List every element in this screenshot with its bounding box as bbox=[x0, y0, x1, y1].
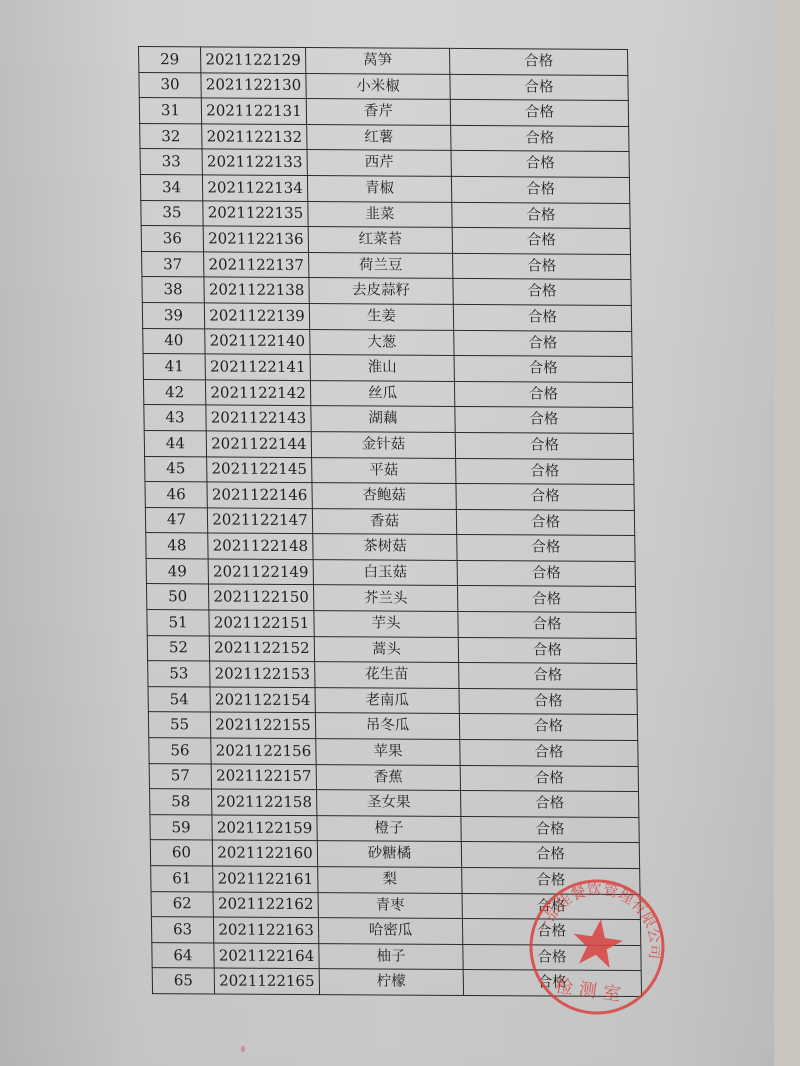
row-number: 32 bbox=[140, 123, 202, 149]
test-result: 合格 bbox=[456, 484, 634, 511]
row-number: 33 bbox=[140, 149, 202, 175]
table-row: 412021122141淮山合格 bbox=[143, 354, 632, 383]
sample-id: 2021122146 bbox=[207, 482, 312, 508]
table-row: 522021122152蒿头合格 bbox=[147, 635, 636, 664]
sample-name: 去皮蒜籽 bbox=[309, 278, 453, 304]
table-row: 452021122145平菇合格 bbox=[145, 456, 634, 485]
sample-name: 柠檬 bbox=[319, 969, 463, 995]
table-row: 322021122132红薯合格 bbox=[140, 123, 629, 152]
table-row: 312021122131香芹合格 bbox=[139, 98, 628, 127]
row-number: 44 bbox=[144, 430, 206, 456]
row-number: 34 bbox=[140, 174, 202, 200]
row-number: 48 bbox=[146, 533, 208, 559]
table-row: 382021122138去皮蒜籽合格 bbox=[142, 277, 631, 306]
test-result: 合格 bbox=[451, 151, 629, 178]
sample-name: 花生苗 bbox=[315, 662, 459, 688]
row-number: 52 bbox=[147, 635, 209, 661]
test-result: 合格 bbox=[450, 74, 628, 101]
test-result: 合格 bbox=[459, 688, 637, 715]
test-result: 合格 bbox=[456, 509, 634, 536]
sample-id: 2021122152 bbox=[209, 636, 314, 662]
sample-id: 2021122141 bbox=[205, 354, 310, 380]
test-result: 合格 bbox=[450, 48, 628, 75]
sample-name: 芥兰头 bbox=[313, 585, 457, 611]
table-row: 502021122150芥兰头合格 bbox=[146, 584, 635, 613]
sample-id: 2021122143 bbox=[206, 405, 311, 431]
sample-name: 香菇 bbox=[312, 508, 456, 534]
sample-name: 生姜 bbox=[309, 303, 453, 329]
sample-name: 湖藕 bbox=[311, 406, 455, 432]
test-result: 合格 bbox=[454, 356, 632, 383]
sample-id: 2021122134 bbox=[202, 175, 307, 201]
row-number: 60 bbox=[150, 840, 212, 866]
sample-name: 砂糖橘 bbox=[317, 841, 461, 867]
sample-name: 圣女果 bbox=[317, 790, 461, 816]
test-result: 合格 bbox=[457, 535, 635, 562]
row-number: 59 bbox=[150, 814, 212, 840]
row-number: 39 bbox=[142, 302, 204, 328]
sample-name: 梨 bbox=[318, 867, 462, 893]
sample-name: 蒿头 bbox=[314, 636, 458, 662]
row-number: 58 bbox=[150, 789, 212, 815]
sample-name: 杏鲍菇 bbox=[312, 483, 456, 509]
test-result: 合格 bbox=[461, 791, 639, 818]
table-row: 292021122129莴笋合格 bbox=[139, 47, 628, 76]
sample-id: 2021122164 bbox=[214, 943, 319, 969]
official-seal: 一品佳餐饮管理有限公司 检测室 bbox=[518, 868, 676, 1026]
sample-id: 2021122163 bbox=[213, 917, 318, 943]
test-result: 合格 bbox=[454, 330, 632, 357]
sample-name: 苹果 bbox=[316, 739, 460, 765]
sample-name: 红菜苔 bbox=[308, 227, 452, 253]
sample-id: 2021122135 bbox=[203, 200, 308, 226]
sample-name: 莴笋 bbox=[306, 48, 450, 74]
sample-id: 2021122130 bbox=[201, 72, 306, 98]
row-number: 43 bbox=[144, 405, 206, 431]
sample-name: 淮山 bbox=[310, 355, 454, 381]
row-number: 31 bbox=[139, 98, 201, 124]
sample-id: 2021122157 bbox=[211, 764, 316, 790]
table-row: 342021122134青椒合格 bbox=[140, 174, 629, 203]
table-row: 422021122142丝瓜合格 bbox=[143, 379, 632, 408]
sample-name: 香蕉 bbox=[316, 764, 460, 790]
sample-id: 2021122137 bbox=[204, 252, 309, 278]
sample-id: 2021122151 bbox=[209, 610, 314, 636]
table-row: 552021122155吊冬瓜合格 bbox=[148, 712, 637, 741]
sample-id: 2021122155 bbox=[210, 712, 315, 738]
sample-id: 2021122161 bbox=[213, 866, 318, 892]
table-row: 582021122158圣女果合格 bbox=[150, 789, 639, 818]
row-number: 51 bbox=[147, 610, 209, 636]
test-result: 合格 bbox=[457, 586, 635, 613]
sample-id: 2021122148 bbox=[208, 533, 313, 559]
test-result: 合格 bbox=[459, 714, 637, 741]
table-row: 602021122160砂糖橘合格 bbox=[150, 840, 639, 869]
table-row: 362021122136红菜苔合格 bbox=[141, 226, 630, 255]
row-number: 65 bbox=[152, 968, 214, 994]
row-number: 35 bbox=[141, 200, 203, 226]
row-number: 56 bbox=[149, 738, 211, 764]
sample-name: 芋头 bbox=[314, 611, 458, 637]
row-number: 29 bbox=[139, 47, 201, 73]
row-number: 57 bbox=[149, 763, 211, 789]
sample-name: 橙子 bbox=[317, 815, 461, 841]
sample-name: 吊冬瓜 bbox=[315, 713, 459, 739]
row-number: 42 bbox=[143, 379, 205, 405]
sample-name: 白玉菇 bbox=[313, 559, 457, 585]
sample-id: 2021122133 bbox=[202, 149, 307, 175]
sample-name: 柚子 bbox=[319, 943, 463, 969]
test-result: 合格 bbox=[456, 458, 634, 485]
test-result: 合格 bbox=[455, 407, 633, 434]
row-number: 63 bbox=[151, 917, 213, 943]
row-number: 46 bbox=[145, 482, 207, 508]
sample-id: 2021122160 bbox=[212, 840, 317, 866]
seal-center-text: 检测室 bbox=[554, 976, 628, 1007]
sample-id: 2021122154 bbox=[210, 687, 315, 713]
table-row: 492021122149白玉菇合格 bbox=[146, 558, 635, 587]
test-result: 合格 bbox=[461, 842, 639, 869]
table-row: 532021122153花生苗合格 bbox=[148, 661, 637, 690]
sample-name: 红薯 bbox=[307, 124, 451, 150]
table-body: 292021122129莴笋合格302021122130小米椒合格3120211… bbox=[139, 47, 642, 997]
test-result: 合格 bbox=[455, 432, 633, 459]
test-result: 合格 bbox=[452, 228, 630, 255]
inspection-results-table-wrap: 292021122129莴笋合格302021122130小米椒合格3120211… bbox=[138, 46, 642, 997]
table-row: 332021122133西芹合格 bbox=[140, 149, 629, 178]
test-result: 合格 bbox=[458, 637, 636, 664]
sample-id: 2021122136 bbox=[203, 226, 308, 252]
sample-name: 大葱 bbox=[310, 329, 454, 355]
test-result: 合格 bbox=[457, 560, 635, 587]
table-row: 372021122137荷兰豆合格 bbox=[142, 251, 631, 280]
sample-id: 2021122147 bbox=[207, 508, 312, 534]
ink-speck bbox=[241, 1046, 245, 1052]
table-row: 352021122135韭菜合格 bbox=[141, 200, 630, 229]
row-number: 41 bbox=[143, 354, 205, 380]
sample-name: 平菇 bbox=[312, 457, 456, 483]
sample-name: 荷兰豆 bbox=[309, 252, 453, 278]
test-result: 合格 bbox=[451, 125, 629, 152]
sample-id: 2021122150 bbox=[208, 584, 313, 610]
table-row: 542021122154老南瓜合格 bbox=[148, 686, 637, 715]
row-number: 54 bbox=[148, 686, 210, 712]
sample-id: 2021122131 bbox=[201, 98, 306, 124]
table-row: 462021122146杏鲍菇合格 bbox=[145, 482, 634, 511]
sample-name: 韭菜 bbox=[308, 201, 452, 227]
sample-id: 2021122144 bbox=[206, 431, 311, 457]
sample-name: 茶树菇 bbox=[313, 534, 457, 560]
row-number: 40 bbox=[143, 328, 205, 354]
sample-id: 2021122162 bbox=[213, 892, 318, 918]
table-row: 392021122139生姜合格 bbox=[142, 302, 631, 331]
table-row: 562021122156苹果合格 bbox=[149, 738, 638, 767]
sample-id: 2021122153 bbox=[210, 661, 315, 687]
star-icon bbox=[570, 916, 626, 970]
sample-name: 青椒 bbox=[307, 176, 451, 202]
sample-name: 哈密瓜 bbox=[318, 918, 462, 944]
sample-id: 2021122138 bbox=[204, 277, 309, 303]
sample-id: 2021122139 bbox=[204, 303, 309, 329]
row-number: 64 bbox=[152, 942, 214, 968]
sample-name: 小米椒 bbox=[306, 73, 450, 99]
sample-id: 2021122159 bbox=[212, 815, 317, 841]
table-row: 512021122151芋头合格 bbox=[147, 610, 636, 639]
inspection-results-table: 292021122129莴笋合格302021122130小米椒合格3120211… bbox=[138, 46, 642, 997]
row-number: 45 bbox=[145, 456, 207, 482]
test-result: 合格 bbox=[460, 740, 638, 767]
row-number: 53 bbox=[148, 661, 210, 687]
test-result: 合格 bbox=[458, 612, 636, 639]
table-row: 432021122143湖藕合格 bbox=[144, 405, 633, 434]
table-row: 592021122159橙子合格 bbox=[150, 814, 639, 843]
sample-id: 2021122145 bbox=[207, 456, 312, 482]
sample-name: 老南瓜 bbox=[315, 687, 459, 713]
test-result: 合格 bbox=[459, 663, 637, 690]
row-number: 30 bbox=[139, 72, 201, 98]
row-number: 37 bbox=[142, 251, 204, 277]
sample-name: 青枣 bbox=[318, 892, 462, 918]
sample-id: 2021122165 bbox=[214, 968, 319, 994]
sample-id: 2021122132 bbox=[202, 124, 307, 150]
sample-name: 香芹 bbox=[306, 99, 450, 125]
sample-name: 西芹 bbox=[307, 150, 451, 176]
row-number: 38 bbox=[142, 277, 204, 303]
row-number: 61 bbox=[151, 866, 213, 892]
test-result: 合格 bbox=[452, 202, 630, 229]
table-row: 472021122147香菇合格 bbox=[145, 507, 634, 536]
test-result: 合格 bbox=[453, 279, 631, 306]
test-result: 合格 bbox=[450, 100, 628, 127]
sample-id: 2021122129 bbox=[201, 47, 306, 73]
test-result: 合格 bbox=[454, 381, 632, 408]
sample-id: 2021122158 bbox=[212, 789, 317, 815]
test-result: 合格 bbox=[461, 816, 639, 843]
test-result: 合格 bbox=[453, 304, 631, 331]
table-row: 302021122130小米椒合格 bbox=[139, 72, 628, 101]
table-row: 482021122148茶树菇合格 bbox=[146, 533, 635, 562]
table-row: 442021122144金针菇合格 bbox=[144, 430, 633, 459]
sample-id: 2021122156 bbox=[211, 738, 316, 764]
test-result: 合格 bbox=[460, 765, 638, 792]
row-number: 36 bbox=[141, 226, 203, 252]
sample-id: 2021122142 bbox=[205, 380, 310, 406]
table-row: 572021122157香蕉合格 bbox=[149, 763, 638, 792]
sample-name: 金针菇 bbox=[311, 431, 455, 457]
test-result: 合格 bbox=[453, 253, 631, 280]
row-number: 50 bbox=[146, 584, 208, 610]
row-number: 47 bbox=[145, 507, 207, 533]
sample-id: 2021122149 bbox=[208, 559, 313, 585]
row-number: 62 bbox=[151, 891, 213, 917]
sample-id: 2021122140 bbox=[205, 328, 310, 354]
seal-graphic: 一品佳餐饮管理有限公司 检测室 bbox=[518, 868, 676, 1026]
table-row: 402021122140大葱合格 bbox=[143, 328, 632, 357]
test-result: 合格 bbox=[451, 176, 629, 203]
row-number: 49 bbox=[146, 558, 208, 584]
sample-name: 丝瓜 bbox=[310, 380, 454, 406]
row-number: 55 bbox=[148, 712, 210, 738]
